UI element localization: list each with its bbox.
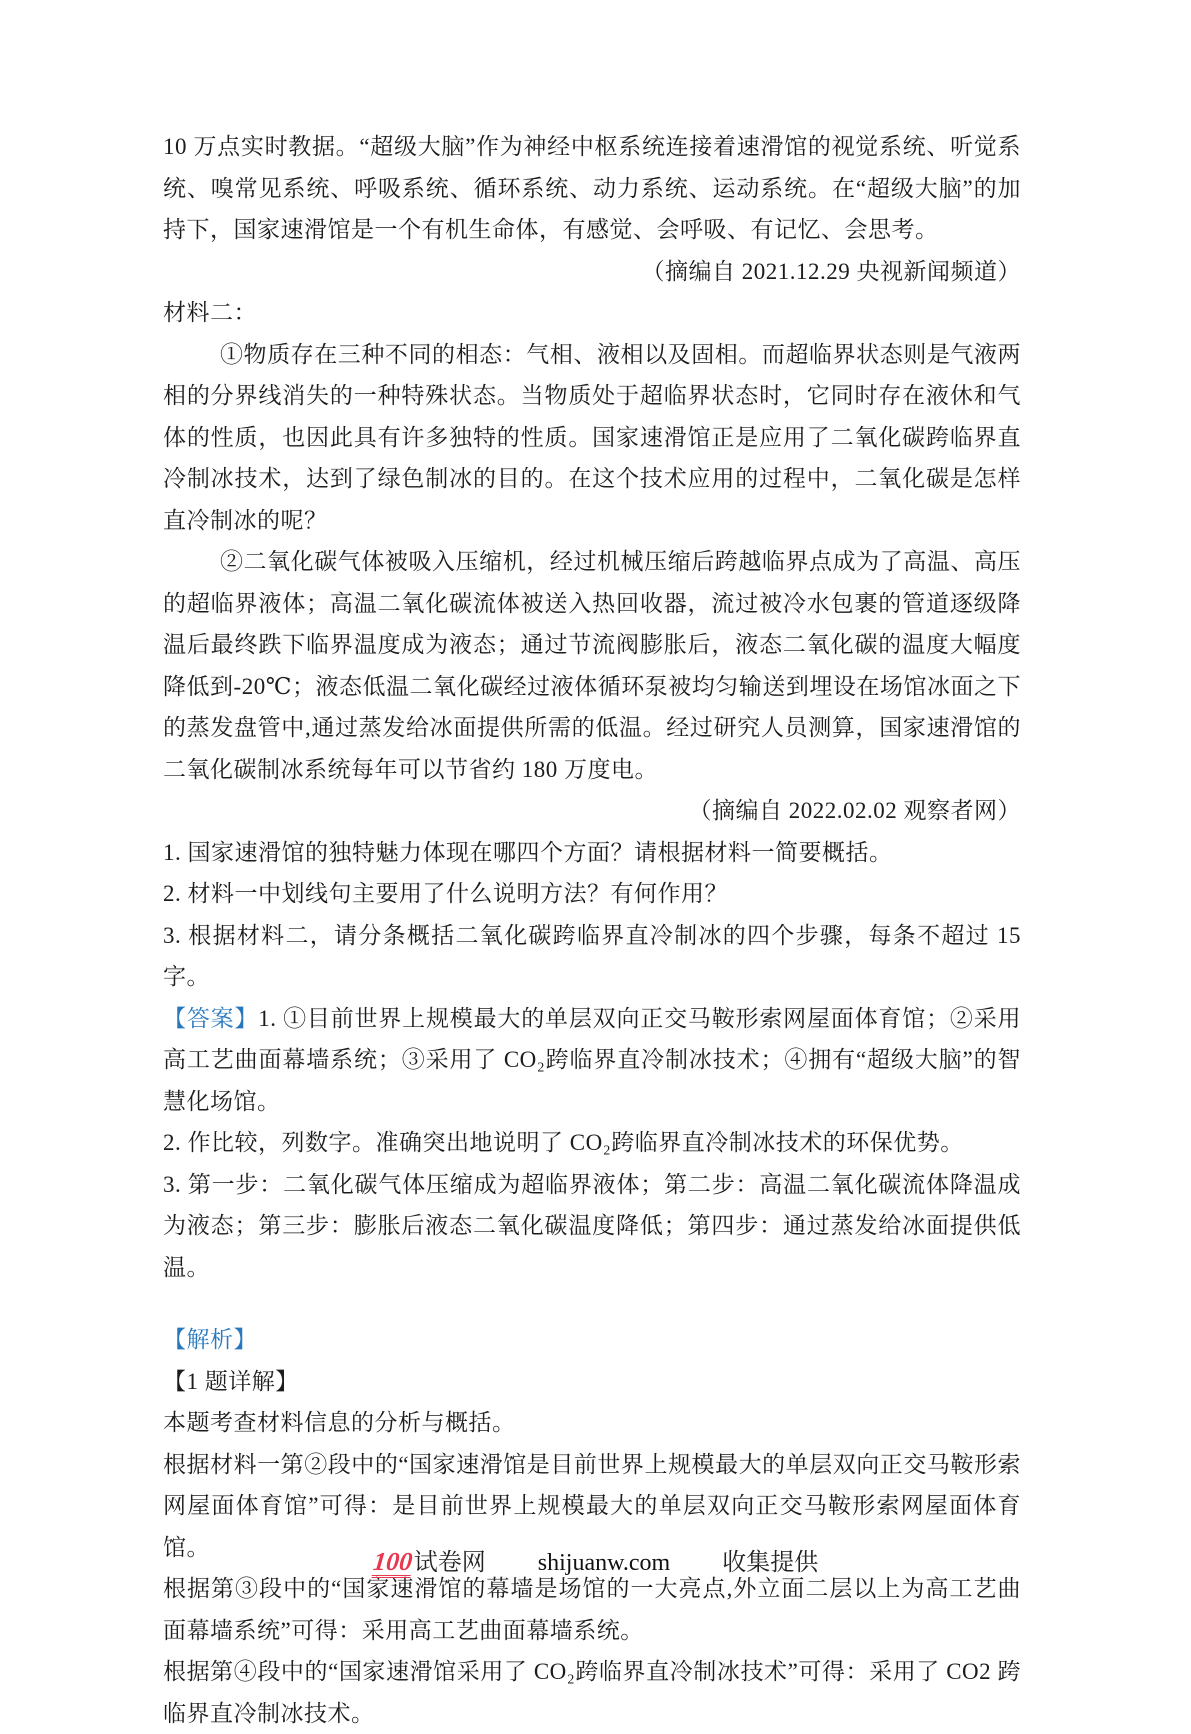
question-2: 2. 材料一中划线句主要用了什么说明方法？有何作用？ xyxy=(163,873,1021,915)
answer-label: 【答案】 xyxy=(163,1006,258,1031)
100-score-logo-icon: 100 xyxy=(371,1549,413,1578)
material2-source-line: （摘编自 2022.02.02 观察者网） xyxy=(163,790,1021,832)
material2-heading: 材料二： xyxy=(163,292,1021,334)
question-1: 1. 国家速滑馆的独特魅力体现在哪四个方面？请根据材料一简要概括。 xyxy=(163,832,1021,874)
footer-suffix: 收集提供 xyxy=(722,1542,818,1577)
material1-tail-paragraph: 10 万点实时教据。“超级大脑”作为神经中枢系统连接着速滑馆的视觉系统、听觉系统… xyxy=(163,126,1021,251)
answer-paragraph-1: 【答案】1. ①目前世界上规模最大的单层双向正交马鞍形索网屋面体育馆；②采用高工… xyxy=(163,998,1021,1123)
page-footer: 100试卷网 shijuanw.com 收集提供 xyxy=(0,1542,1191,1578)
footer-domain: shijuanw.com xyxy=(538,1550,670,1577)
analysis-label: 【解析】 xyxy=(163,1327,257,1352)
question-3: 3. 根据材料二，请分条概括二氧化碳跨临界直冷制冰的四个步骤，每条不超过 15 … xyxy=(163,915,1021,998)
detail-1-heading: 【1 题详解】 xyxy=(163,1361,1021,1403)
material2-paragraph-1: ①物质存在三种不同的相态：气相、液相以及固相。而超临界状态则是气液两相的分界线消… xyxy=(163,334,1021,542)
document-page: 10 万点实时教据。“超级大脑”作为神经中枢系统连接着速滑馆的视觉系统、听觉系统… xyxy=(163,126,1021,1734)
detail-1-intro: 本题考查材料信息的分析与概括。 xyxy=(163,1402,1021,1444)
answer-paragraph-3: 3. 第一步：二氧化碳气体压缩成为超临界液体；第二步：高温二氧化碳流体降温成为液… xyxy=(163,1164,1021,1289)
answer-paragraph-2: 2. 作比较，列数字。准确突出地说明了 CO₂跨临界直冷制冰技术的环保优势。 xyxy=(163,1122,1021,1164)
detail-1-point-2: 根据第③段中的“国家速滑馆的幕墙是场馆的一大亮点,外立面二层以上为高工艺曲面幕墙… xyxy=(163,1568,1021,1651)
brand-name: 试卷网 xyxy=(414,1542,486,1577)
shijuanw-brand: 100试卷网 xyxy=(373,1542,486,1578)
analysis-heading: 【解析】 xyxy=(163,1319,1021,1361)
answer-1-text: 1. ①目前世界上规模最大的单层双向正交马鞍形索网屋面体育馆；②采用高工艺曲面幕… xyxy=(163,1006,1021,1114)
detail-1-point-3: 根据第④段中的“国家速滑馆采用了 CO₂跨临界直冷制冰技术”可得：采用了 CO2… xyxy=(163,1651,1021,1734)
material2-paragraph-2: ②二氧化碳气体被吸入压缩机，经过机械压缩后跨越临界点成为了高温、高压的超临界液体… xyxy=(163,541,1021,790)
material1-source-line: （摘编自 2021.12.29 央视新闻频道） xyxy=(163,251,1021,293)
